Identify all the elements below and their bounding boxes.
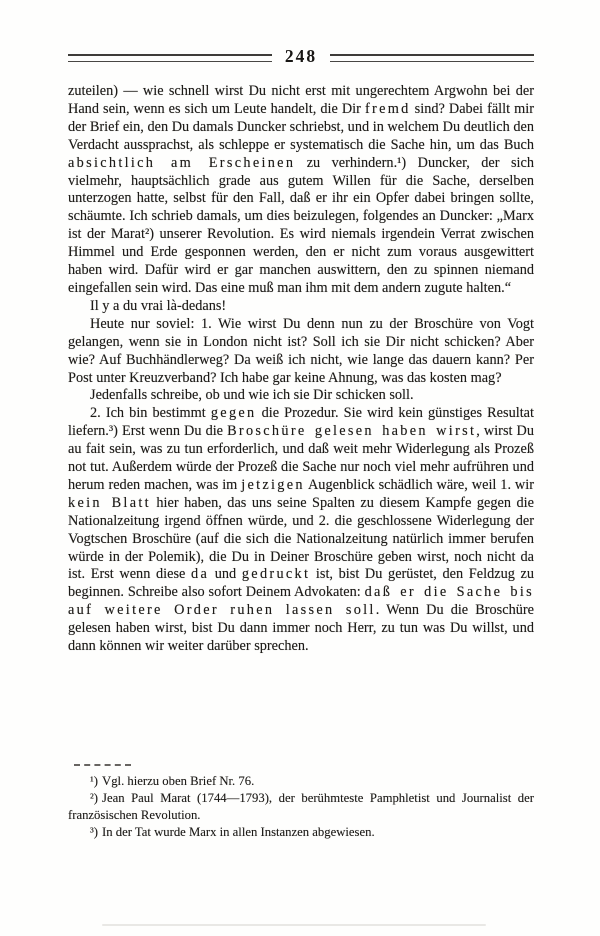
text-segment: zu verhindern.¹) Duncker, der sich vielm…: [68, 155, 534, 296]
paragraph: Jedenfalls schreibe, ob und wie ich sie …: [68, 387, 534, 405]
text-segment: Heute nur soviel: 1. Wie wirst Du denn n…: [68, 316, 534, 386]
footnote-marker: ³): [90, 825, 102, 839]
footnote: ¹)Vgl. hierzu oben Brief Nr. 76.: [68, 773, 534, 790]
emphasized-text: kein Blatt: [68, 495, 151, 511]
emphasized-text: gedruckt: [242, 566, 310, 582]
header-rule-right: [330, 54, 534, 62]
paragraph: zuteilen) — wie schnell wirst Du nicht e…: [68, 83, 534, 298]
text-segment: Jedenfalls schreibe, ob und wie ich sie …: [90, 387, 414, 403]
paragraph: 2. Ich bin bestimmt gegen die Prozedur. …: [68, 405, 534, 656]
emphasized-text: jetzigen: [241, 477, 305, 493]
body-text: zuteilen) — wie schnell wirst Du nicht e…: [68, 83, 534, 656]
scan-artifact-line: [102, 924, 486, 926]
page-number: 248: [272, 48, 330, 66]
footnote-marker: ²): [90, 791, 102, 805]
paragraph: Heute nur soviel: 1. Wie wirst Du denn n…: [68, 316, 534, 388]
text-segment: Augenblick schädlich wäre, weil 1. wir: [305, 477, 534, 493]
emphasized-text: absichtlich am Erscheinen: [68, 155, 295, 171]
header-rule-left: [68, 54, 272, 62]
emphasized-text: gegen: [211, 405, 257, 421]
footnote-text: Vgl. hierzu oben Brief Nr. 76.: [102, 774, 254, 788]
footnote-separator: [74, 764, 131, 766]
footnote-marker: ¹): [90, 774, 102, 788]
footnote-text: In der Tat wurde Marx in allen Instanzen…: [102, 825, 375, 839]
footnote-text: Jean Paul Marat (1744—1793), der berühmt…: [68, 791, 534, 822]
footnotes: ¹)Vgl. hierzu oben Brief Nr. 76.²)Jean P…: [68, 773, 534, 841]
paragraph: Il y a du vrai là-dedans!: [68, 298, 534, 316]
emphasized-text: fremd: [365, 101, 411, 117]
footnote: ³)In der Tat wurde Marx in allen Instanz…: [68, 824, 534, 841]
book-page: 248 zuteilen) — wie schnell wirst Du nic…: [0, 0, 600, 936]
text-segment: 2. Ich bin bestimmt: [90, 405, 211, 421]
running-head: 248: [68, 49, 534, 67]
text-segment: und: [209, 566, 242, 582]
text-segment: Il y a du vrai là-dedans!: [90, 298, 226, 314]
emphasized-text: Broschüre gelesen haben wirst: [227, 423, 476, 439]
emphasized-text: da: [191, 566, 209, 582]
footnote: ²)Jean Paul Marat (1744—1793), der berüh…: [68, 790, 534, 824]
